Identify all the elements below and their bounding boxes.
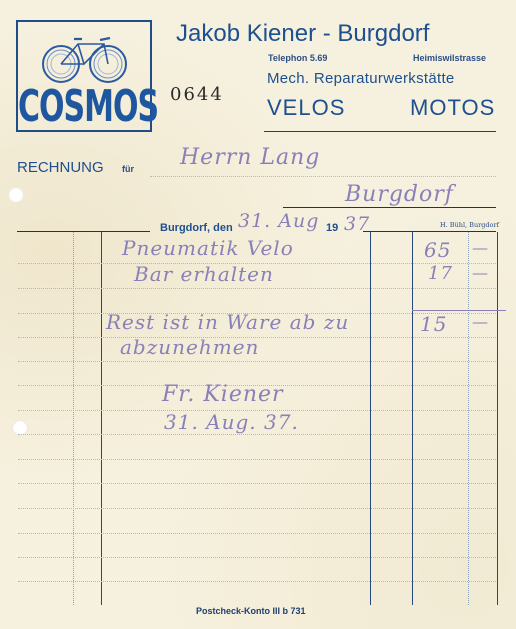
product-velos: VELOS — [267, 95, 345, 121]
row-rule — [18, 581, 496, 582]
date-handwritten: 31. Aug — [238, 210, 319, 232]
item-cents: — — [472, 263, 489, 282]
business-description: Mech. Reparaturwerkstätte — [267, 70, 455, 87]
row-rule — [18, 557, 496, 558]
date-line-left — [17, 231, 150, 232]
recipient-line-2 — [283, 207, 496, 208]
row-rule — [18, 434, 496, 435]
header-rule — [264, 131, 496, 132]
cosmos-logo: COSMOS — [16, 20, 152, 132]
item-description: abzunehmen — [120, 335, 259, 359]
column-rule-right — [497, 232, 498, 605]
recipient-line-1 — [150, 176, 496, 177]
for-label: für — [122, 164, 134, 174]
item-description: Rest ist in Ware ab zu — [106, 310, 349, 334]
row-rule — [18, 508, 496, 509]
item-cents: — — [472, 238, 489, 257]
item-description: Bar erhalten — [134, 262, 274, 286]
printer-credit: H. Bühl, Burgdorf — [440, 221, 499, 229]
signature-date: 31. Aug. 37. — [164, 410, 299, 434]
telephone: Telephon 5.69 — [268, 53, 327, 63]
row-rule — [18, 533, 496, 534]
signature-name: Fr. Kiener — [162, 382, 284, 407]
postal-account: Postcheck-Konto III b 731 — [196, 606, 306, 616]
item-francs: 15 — [420, 312, 447, 336]
date-line-right — [363, 231, 496, 232]
place-date-label: Burgdorf, den — [160, 222, 233, 234]
row-rule — [18, 459, 496, 460]
recipient-city: Burgdorf — [345, 182, 454, 207]
invoice-title: RECHNUNG — [17, 159, 104, 176]
row-rule — [18, 361, 496, 362]
row-rule — [18, 288, 496, 289]
subtotal-rule — [412, 310, 506, 311]
item-francs: 65 — [424, 238, 451, 262]
item-francs: 17 — [428, 263, 453, 284]
serial-number: 0644 — [170, 84, 224, 105]
product-motos: MOTOS — [410, 95, 495, 121]
item-cents: — — [472, 312, 489, 331]
street-address: Heimiswilstrasse — [413, 53, 486, 63]
year-prefix: 19 — [326, 222, 338, 234]
company-name: Jakob Kiener - Burgdorf — [176, 20, 429, 48]
punch-hole-top — [8, 187, 24, 203]
row-rule — [18, 483, 496, 484]
logo-wordmark: COSMOS — [18, 82, 150, 133]
item-description: Pneumatik Velo — [122, 236, 294, 260]
recipient-name: Herrn Lang — [180, 145, 320, 170]
